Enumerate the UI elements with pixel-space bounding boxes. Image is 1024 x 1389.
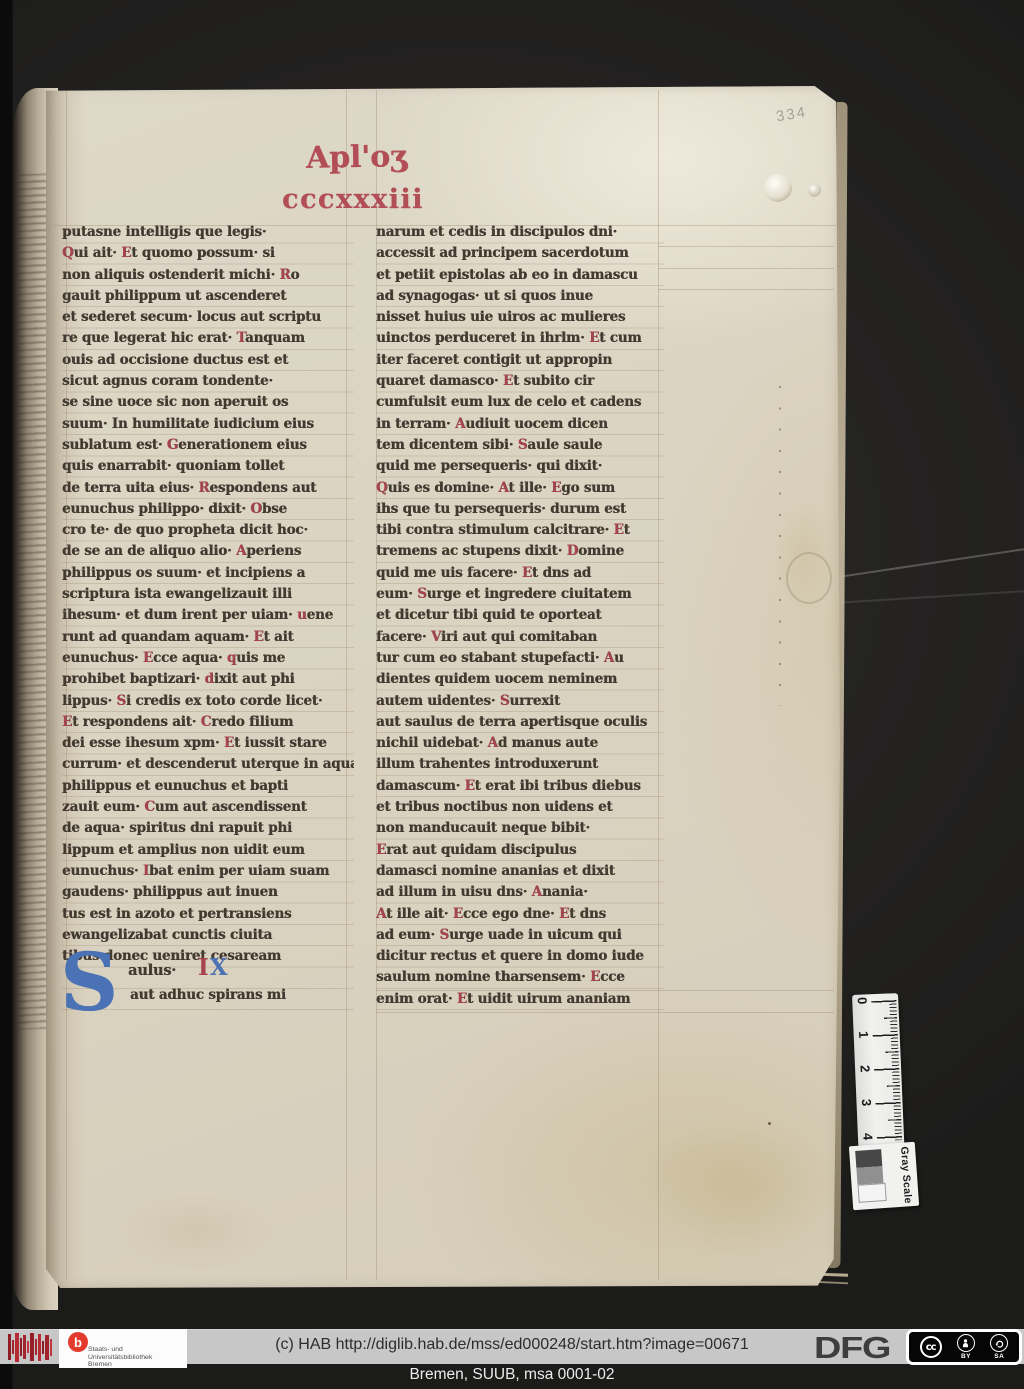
manuscript-text-line: Erat aut quidam discipulus	[376, 840, 668, 861]
ruling-horizontal-line	[658, 246, 834, 247]
fore-edge-text-texture	[18, 173, 50, 1030]
cc-by-label: BY	[961, 1353, 971, 1360]
measurement-ruler: 01234	[852, 993, 905, 1153]
ruler-number: 0	[855, 997, 871, 1012]
manuscript-text-line: nichil uidebat· Ad manus aute	[376, 733, 668, 754]
manuscript-text-line: dicitur rectus et quere in domo iude	[376, 946, 668, 967]
manuscript-text-line: tremens ac stupens dixit· Domine	[376, 541, 668, 562]
library-name-line: Universitätsbibliothek	[88, 1354, 152, 1362]
manuscript-text-line: quid me persequeris· qui dixit·	[376, 456, 668, 477]
shelfmark-caption: Bremen, SUUB, msa 0001-02	[0, 1366, 1024, 1384]
manuscript-text-line: de terra uita eius· Respondens aut	[62, 478, 354, 499]
manuscript-text-line: tem dicentem sibi· Saule saule	[376, 435, 668, 456]
manuscript-text-line: tibi contra stimulum calcitrare· Et	[376, 520, 668, 541]
ruler-cm-ticks	[871, 1000, 902, 1142]
manuscript-text-line: enim orat· Et uidit uirum ananiam	[376, 989, 668, 1010]
manuscript-text-line: At ille ait· Ecce ego dne· Et dns	[376, 904, 668, 925]
text-column-left: putasne intelligis que legis·Qui ait· Et…	[62, 222, 354, 967]
manuscript-text-line: suum· In humilitate iudicium eius	[62, 414, 354, 435]
manuscript-text-line: accessit ad principem sacerdotum	[376, 243, 668, 264]
manuscript-text-line: ouis ad occisione ductus est et	[62, 350, 354, 371]
manuscript-text-line: tus est in azoto et pertransiens	[62, 904, 354, 925]
manuscript-text-line: quaret damasco· Et subito cir	[376, 371, 668, 392]
manuscript-text-line: de se an de aliquo alio· Aperiens	[62, 541, 354, 562]
chapter-number-blue: X	[210, 954, 229, 981]
cc-license-badge: cc BY SA	[906, 1329, 1022, 1365]
gray-scale-swatch-mid	[856, 1166, 883, 1185]
stray-thread	[833, 547, 1024, 579]
ruling-horizontal-line	[376, 1012, 834, 1013]
manuscript-text-line: aut saulus de terra apertisque oculis	[376, 712, 668, 733]
rubric-header-title: Apl'oʒ	[306, 139, 407, 176]
manuscript-text-line: non manducauit neque bibit·	[376, 818, 668, 839]
manuscript-text-line: quid me uis facere· Et dns ad	[376, 563, 668, 584]
round-blemish	[764, 174, 792, 202]
parchment-speck	[768, 1122, 771, 1125]
manuscript-text-line: eunuchus· Ibat enim per uiam suam	[62, 861, 354, 882]
manuscript-text-line: se sine uoce sic non aperuit os	[62, 392, 354, 413]
cc-by-block: BY	[957, 1334, 975, 1360]
pricking-dots	[779, 386, 781, 706]
manuscript-text-line: ihs que tu persequeris· durum est	[376, 499, 668, 520]
manuscript-text-line: narum et cedis in discipulos dni·	[376, 222, 668, 243]
manuscript-text-line: dientes quidem uocem neminem	[376, 669, 668, 690]
cc-sa-label: SA	[994, 1353, 1004, 1360]
circular-arrow-glyph	[994, 1338, 1005, 1349]
manuscript-text-line: lippus· Si credis ex toto corde licet·	[62, 691, 354, 712]
ruler-number: 3	[859, 1099, 875, 1114]
cc-icon: cc	[920, 1336, 942, 1358]
ruler-number: 2	[857, 1065, 873, 1080]
manuscript-text-line: putasne intelligis que legis·	[62, 222, 354, 243]
manuscript-text-line: sublatum est· Generationem eius	[62, 435, 354, 456]
manuscript-text-line: gaudens· philippus aut inuen	[62, 882, 354, 903]
manuscript-text-line: lippum et amplius non uidit eum	[62, 840, 354, 861]
manuscript-text-line: et dicetur tibi quid te oporteat	[376, 605, 668, 626]
gray-scale-swatch-dark	[855, 1149, 882, 1168]
manuscript-text-line: de aqua· spiritus dni rapuit phi	[62, 818, 354, 839]
manuscript-text-line: Quis es domine· At ille· Ego sum	[376, 478, 668, 499]
manuscript-text-line: in terram· Audiuit uocem dicen	[376, 414, 668, 435]
manuscript-text-line: prohibet baptizari· dixit aut phi	[62, 669, 354, 690]
illuminated-initial-s: S	[60, 950, 118, 1014]
manuscript-page: Apl'oʒ cccxxxiii 334 putasne intelligis …	[46, 86, 840, 1288]
gray-scale-card: Gray Scale	[849, 1142, 919, 1210]
manuscript-text-line: ad illum in uisu dns· Anania·	[376, 882, 668, 903]
cc-sa-block: SA	[990, 1334, 1008, 1360]
ruling-horizontal-line	[658, 268, 834, 269]
manuscript-text-line: damascum· Et erat ibi tribus diebus	[376, 776, 668, 797]
round-blemish	[808, 184, 821, 197]
manuscript-text-line: uinctos perduceret in ihrlm· Et cum	[376, 328, 668, 349]
footer-bar: b Staats- und Universitätsbibliothek Bre…	[0, 1329, 1024, 1364]
stray-thread	[830, 590, 1024, 604]
manuscript-text-line: philippus os suum· et incipiens a	[62, 563, 354, 584]
manuscript-text-line: zauit eum· Cum aut ascendissent	[62, 797, 354, 818]
chapter-first-line: aut adhuc spirans mi	[130, 987, 286, 1003]
person-icon-glyph	[960, 1338, 971, 1349]
manuscript-text-line: currum· et descenderut uterque in aqua	[62, 754, 354, 775]
manuscript-text-line: ad synagogas· ut si quos inue	[376, 286, 668, 307]
manuscript-text-line: gauit philippum ut ascenderet	[62, 286, 354, 307]
manuscript-text-line: sicut agnus coram tondente·	[62, 371, 354, 392]
attribution-person-icon	[957, 1334, 975, 1352]
manuscript-text-line: damasci nomine ananias et dixit	[376, 861, 668, 882]
manuscript-text-line: saulum nomine tharsensem· Ecce	[376, 967, 668, 988]
manuscript-text-line: illum trahentes introduxerunt	[376, 754, 668, 775]
chapter-number-red: I	[198, 954, 210, 981]
manuscript-text-line: et tribus noctibus non uidens et	[376, 797, 668, 818]
manuscript-text-line: re que legerat hic erat· Tanquam	[62, 328, 354, 349]
manuscript-text-line: non aliquis ostenderit michi· Ro	[62, 265, 354, 286]
manuscript-text-line: philippus et eunuchus et bapti	[62, 776, 354, 797]
ruling-horizontal-line	[658, 289, 834, 290]
ruler-number: 1	[856, 1031, 872, 1046]
gray-scale-swatch-light	[858, 1183, 887, 1203]
manuscript-text-line: eunuchus philippo· dixit· Obse	[62, 499, 354, 520]
rubric-header-number: cccxxxiii	[282, 184, 424, 215]
manuscript-text-line: quis enarrabit· quoniam tollet	[62, 456, 354, 477]
manuscript-text-line: eum· Surge et ingredere ciuitatem	[376, 584, 668, 605]
ruler-numbers: 01234	[852, 993, 898, 995]
manuscript-text-line: et sederet secum· locus aut scriptu	[62, 307, 354, 328]
chapter-opening-word: aulus·	[128, 962, 176, 979]
manuscript-text-line: facere· Viri aut qui comitaban	[376, 627, 668, 648]
manuscript-text-line: Et respondens ait· Credo filium	[62, 712, 354, 733]
manuscript-text-line: dei esse ihesum xpm· Et iussit stare	[62, 733, 354, 754]
manuscript-text-line: Qui ait· Et quomo possum· si	[62, 243, 354, 264]
text-column-right: narum et cedis in discipulos dni·accessi…	[376, 222, 668, 1010]
parchment-stain	[86, 1176, 306, 1286]
circular-impression	[786, 552, 832, 604]
manuscript-text-line: et petiit epistolas ab eo in damascu	[376, 265, 668, 286]
photo-background: Apl'oʒ cccxxxiii 334 putasne intelligis …	[0, 0, 1024, 1389]
manuscript-text-line: runt ad quandam aquam· Et ait	[62, 627, 354, 648]
chapter-number: IX	[198, 954, 229, 981]
share-alike-arrow-icon	[990, 1334, 1008, 1352]
manuscript-text-line: cro te· de quo propheta dicit hoc·	[62, 520, 354, 541]
manuscript-text-line: scriptura ista ewangelizauit illi	[62, 584, 354, 605]
manuscript-text-line: autem uidentes· Surrexit	[376, 691, 668, 712]
manuscript-text-line: nisset huius uie uiros ac mulieres	[376, 307, 668, 328]
manuscript-text-line: tur cum eo stabant stupefacti· Au	[376, 648, 668, 669]
manuscript-text-line: cumfulsit eum lux de celo et cadens	[376, 392, 668, 413]
manuscript-text-line: ihesum· et dum irent per uiam· uene	[62, 605, 354, 626]
dfg-logo: DFG	[814, 1330, 890, 1366]
manuscript-text-line: eunuchus· Ecce aqua· quis me	[62, 648, 354, 669]
manuscript-text-line: iter faceret contigit ut appropin	[376, 350, 668, 371]
gray-scale-label: Gray Scale	[898, 1146, 914, 1204]
manuscript-text-line: ad eum· Surge uade in uicum qui	[376, 925, 668, 946]
folio-number-pencil: 334	[775, 104, 808, 126]
